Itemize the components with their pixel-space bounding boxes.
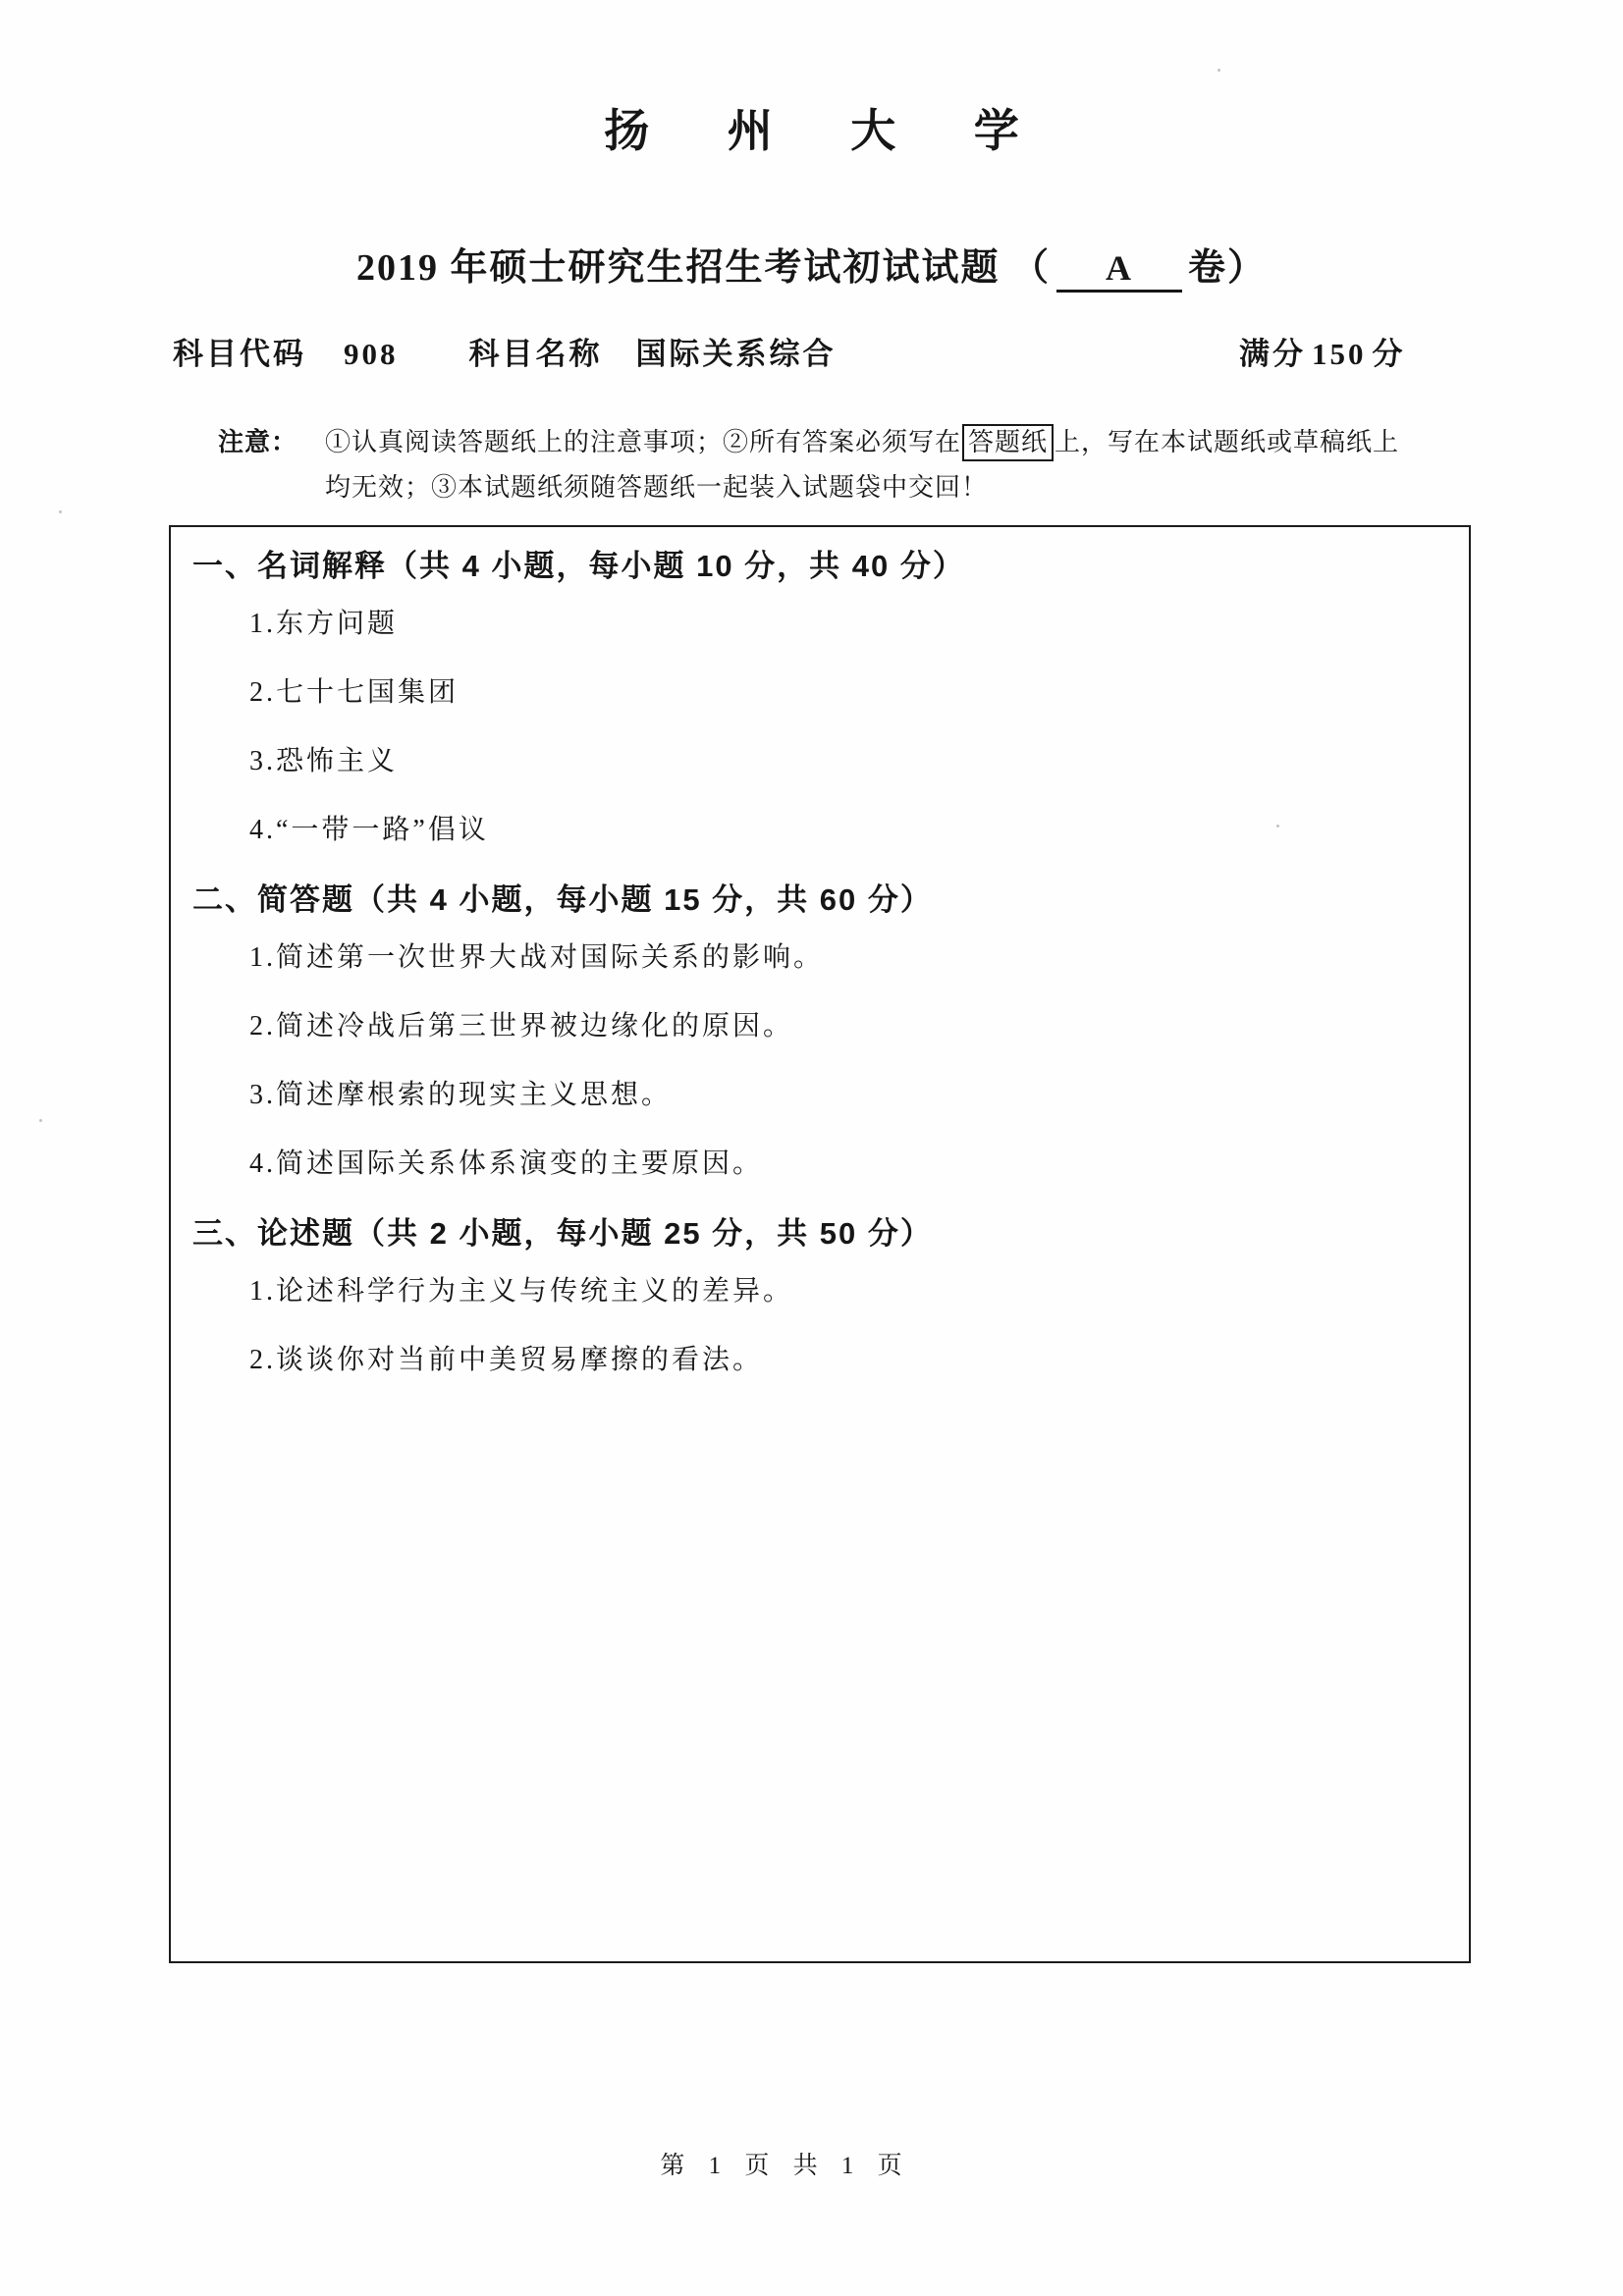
notice-body: ①认真阅读答题纸上的注意事项；②所有答案必须写在答题纸上，写在本试题纸或草稿纸上… <box>325 420 1495 510</box>
question-item: 1.东方问题 <box>249 604 1469 645</box>
scan-speck <box>1276 825 1279 828</box>
subject-line: 科目代码908科目名称国际关系综合 满分150分 <box>173 334 1623 375</box>
exam-paper-page: 扬 州 大 学 2019 年硕士研究生招生考试初试试题 （A卷） 科目代码908… <box>0 0 1623 2296</box>
paper-type-letter: A <box>1056 246 1182 293</box>
full-score-label: 满分 <box>1239 337 1306 371</box>
section-2-heading: 二、简答题（共 4 小题，每小题 15 分，共 60 分） <box>192 879 1469 922</box>
subject-name-value: 国际关系综合 <box>636 337 837 371</box>
page-footer: 第 1 页 共 1 页 <box>0 2146 1571 2181</box>
full-score-value: 150 <box>1306 337 1373 371</box>
question-item: 2.七十七国集团 <box>249 672 1469 714</box>
full-score: 满分150分 <box>1239 334 1406 375</box>
question-item: 1.论述科学行为主义与传统主义的差异。 <box>249 1271 1469 1312</box>
question-item: 3.恐怖主义 <box>249 741 1469 782</box>
section-1-heading: 一、名词解释（共 4 小题，每小题 10 分，共 40 分） <box>192 545 1469 588</box>
question-item: 4.“一带一路”倡议 <box>249 810 1469 851</box>
notice-label: 注意： <box>218 420 298 465</box>
paper-paren-close: 卷） <box>1188 247 1267 289</box>
exam-title: 2019 年硕士研究生招生考试初试试题 （A卷） <box>0 241 1623 294</box>
university-title: 扬 州 大 学 <box>0 104 1623 159</box>
question-item: 2.简述冷战后第三世界被边缘化的原因。 <box>249 1006 1469 1047</box>
section-3-heading: 三、论述题（共 2 小题，每小题 25 分，共 50 分） <box>192 1212 1469 1255</box>
question-item: 3.简述摩根索的现实主义思想。 <box>249 1075 1469 1116</box>
questions-box: 一、名词解释（共 4 小题，每小题 10 分，共 40 分） 1.东方问题 2.… <box>169 525 1471 1963</box>
subject-name-label: 科目名称 <box>469 337 603 371</box>
scan-speck <box>59 510 62 513</box>
notice-line-2: 均无效；③本试题纸须随答题纸一起装入试题袋中交回！ <box>325 473 988 502</box>
subject-code-value: 908 <box>344 337 399 371</box>
question-item: 2.谈谈你对当前中美贸易摩擦的看法。 <box>249 1340 1469 1381</box>
notice-line-1-part-1: ①认真阅读答题纸上的注意事项；②所有答案必须写在 <box>325 428 961 456</box>
notice-block: 注意： ①认真阅读答题纸上的注意事项；②所有答案必须写在答题纸上，写在本试题纸或… <box>218 420 1495 510</box>
exam-title-text: 2019 年硕士研究生招生考试初试试题 <box>356 247 1001 289</box>
answer-sheet-boxed-term: 答题纸 <box>962 424 1054 461</box>
question-item: 1.简述第一次世界大战对国际关系的影响。 <box>249 937 1469 979</box>
paper-paren-open: （ <box>1011 247 1051 289</box>
notice-line-1-part-2: 上，写在本试题纸或草稿纸上 <box>1055 428 1399 456</box>
question-item: 4.简述国际关系体系演变的主要原因。 <box>249 1144 1469 1185</box>
subject-code-label: 科目代码 <box>173 337 306 371</box>
scan-speck <box>39 1119 42 1122</box>
full-score-unit: 分 <box>1373 337 1406 371</box>
scan-speck <box>1217 69 1220 72</box>
